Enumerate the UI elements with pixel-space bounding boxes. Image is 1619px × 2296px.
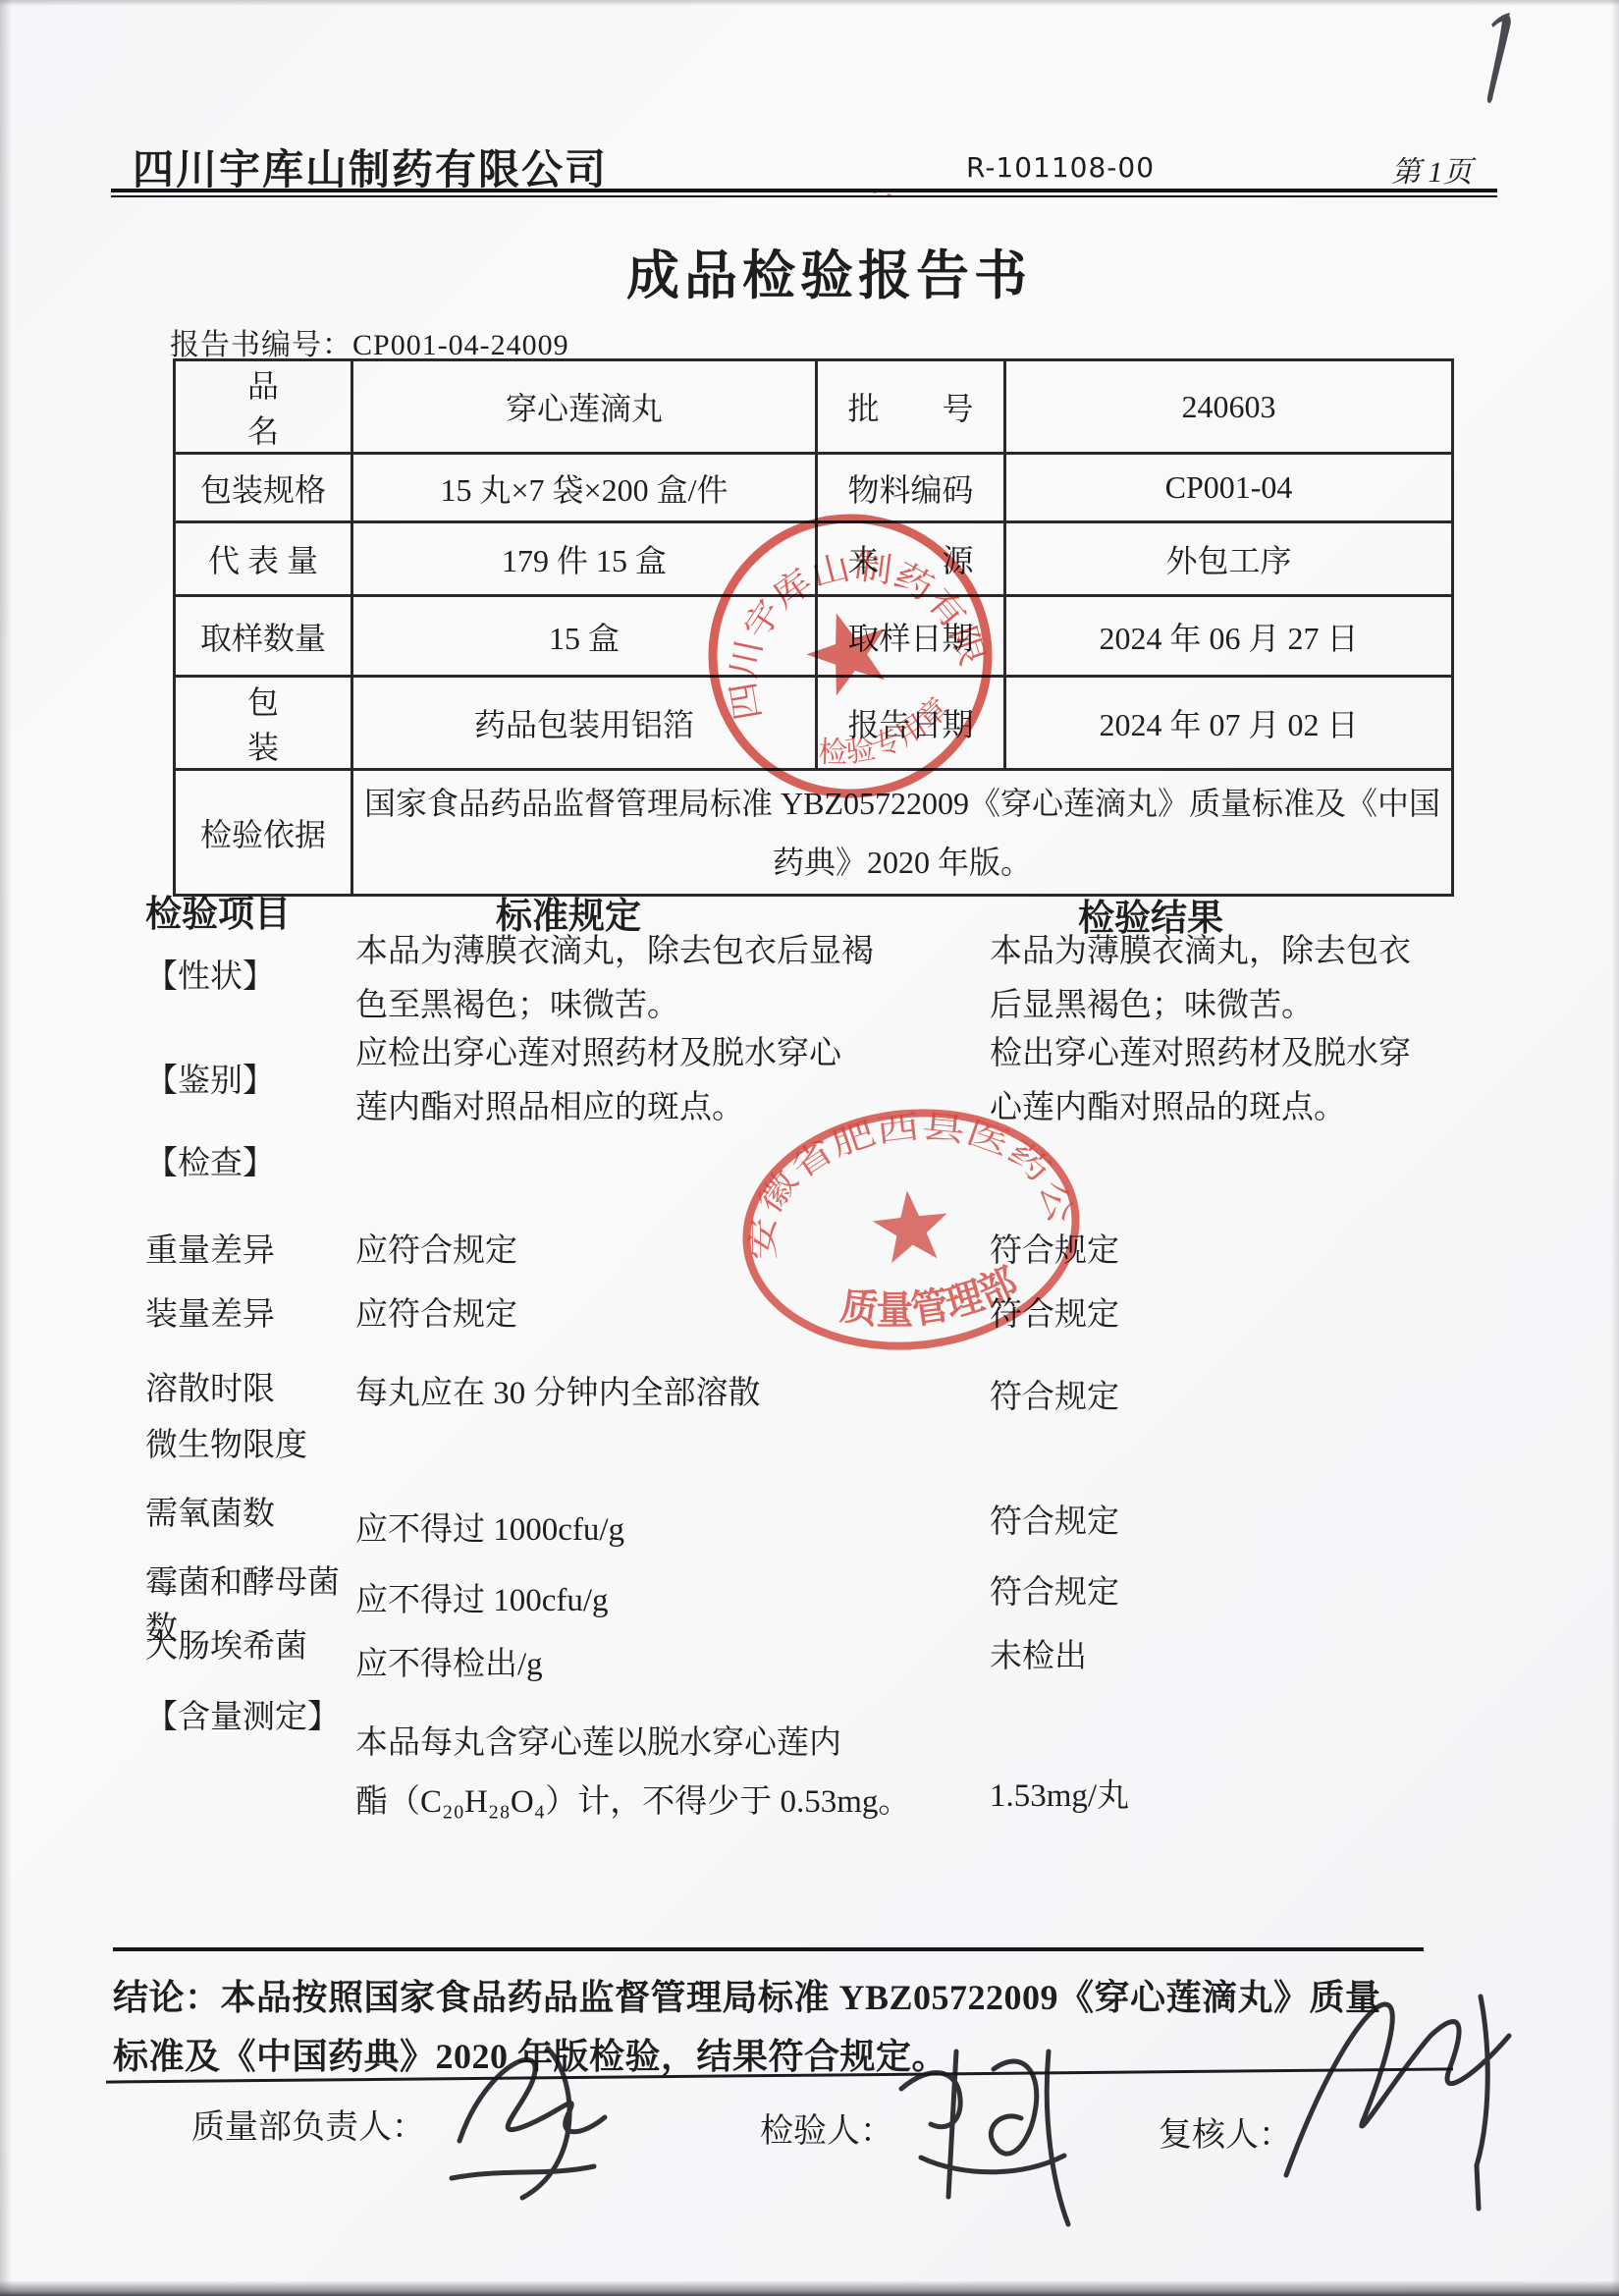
info-label: 包装规格 [175, 454, 352, 522]
stamp-star [797, 600, 900, 700]
info-label: 代 表 量 [175, 522, 352, 596]
item-result: 1.53mg/丸 [990, 1770, 1451, 1824]
report-title: 成品检验报告书 [0, 234, 1619, 309]
item-spec: 应不得过 1000cfu/g [355, 1503, 992, 1558]
item-name: 【检查】 [145, 1137, 366, 1183]
conclusion-rule-top [113, 1947, 1424, 1951]
item-spec: 应不得检出/g [355, 1638, 992, 1692]
item-name: 重量差异 [145, 1225, 366, 1271]
item-name: 溶散时限 [145, 1363, 366, 1409]
header-rule-thin [111, 195, 1497, 197]
item-name: 需氧菌数 [145, 1488, 366, 1534]
item-spec: 每丸应在 30 分钟内全部溶散 [355, 1367, 992, 1421]
stamp-star [870, 1186, 951, 1265]
col-header-item: 检验项目 [145, 884, 291, 937]
item-result: 本品为薄膜衣滴丸，除去包衣 后显黑褐色；味微苦。 [990, 925, 1451, 1033]
info-value: 外包工序 [1005, 522, 1453, 596]
info-label: 取样数量 [175, 596, 352, 677]
scan-edge-top [0, 0, 1619, 6]
item-spec: 本品为薄膜衣滴丸，除去包衣后显褐 色至黑褐色；味微苦。 [355, 925, 992, 1033]
reviewer-signature [1257, 1979, 1541, 2224]
info-label: 包 装 [175, 677, 352, 770]
info-label: 品 名 [175, 360, 352, 454]
scanned-report-page: 四川宇库山制药有限公司 R-101108-00 第 1页 成品检验报告书 报告书… [0, 0, 1619, 2296]
scan-edge-bottom [0, 2280, 1619, 2296]
report-number: 报告书编号：CP001-04-24009 [170, 320, 569, 363]
item-spec: 应不得过 100cfu/g [355, 1574, 992, 1628]
item-result: 符合规定 [990, 1566, 1451, 1620]
item-name: 【鉴别】 [145, 1055, 366, 1101]
pen-mark [1475, 8, 1522, 116]
item-result: 符合规定 [990, 1496, 1451, 1550]
info-value: 15 丸×7 袋×200 盒/件 [352, 454, 817, 522]
item-spec: 酯（C₂₀H₂₈O₄）计，不得少于 0.53mg。 [355, 1776, 992, 1830]
doc-code: R-101108-00 [966, 151, 1155, 184]
info-value: CP001-04 [1005, 454, 1453, 522]
company-name: 四川宇库山制药有限公司 [133, 137, 608, 196]
header-rule-thick [111, 189, 1497, 192]
item-result: 未检出 [990, 1630, 1451, 1684]
info-label: 检验依据 [175, 770, 352, 896]
qa-manager-signature [432, 2021, 638, 2217]
item-name: 【性状】 [145, 951, 366, 997]
item-name: 大肠埃希菌 [145, 1620, 366, 1667]
info-value: 2024 年 07 月 02 日 [1005, 677, 1453, 770]
info-value: 穿心莲滴丸 [352, 360, 817, 454]
stamp-company-bottom-text: 检验专用章 [806, 687, 962, 782]
item-name: 装量差异 [145, 1288, 366, 1335]
item-result: 符合规定 [990, 1371, 1451, 1425]
svg-text:检验专用章: 检验专用章 [806, 687, 962, 782]
qa-manager-label: 质量部负责人： [191, 2100, 425, 2148]
info-label: 批 号 [817, 360, 1005, 454]
info-value: 2024 年 06 月 27 日 [1005, 596, 1453, 677]
page-number: 第 1页 [1391, 147, 1473, 191]
item-name: 微生物限度 [145, 1419, 366, 1465]
item-spec: 本品每丸含穿心莲以脱水穿心莲内 [355, 1717, 992, 1771]
scan-edge-left [0, 0, 12, 2296]
item-name: 【含量测定】 [145, 1691, 366, 1737]
scan-edge-right [1611, 0, 1619, 2296]
qa-dept-seal-stamp: 安徽省肥西县医药公司 质量管理部 [722, 1084, 1100, 1375]
inspector-signature [864, 2028, 1100, 2259]
info-value: 240603 [1005, 360, 1453, 454]
